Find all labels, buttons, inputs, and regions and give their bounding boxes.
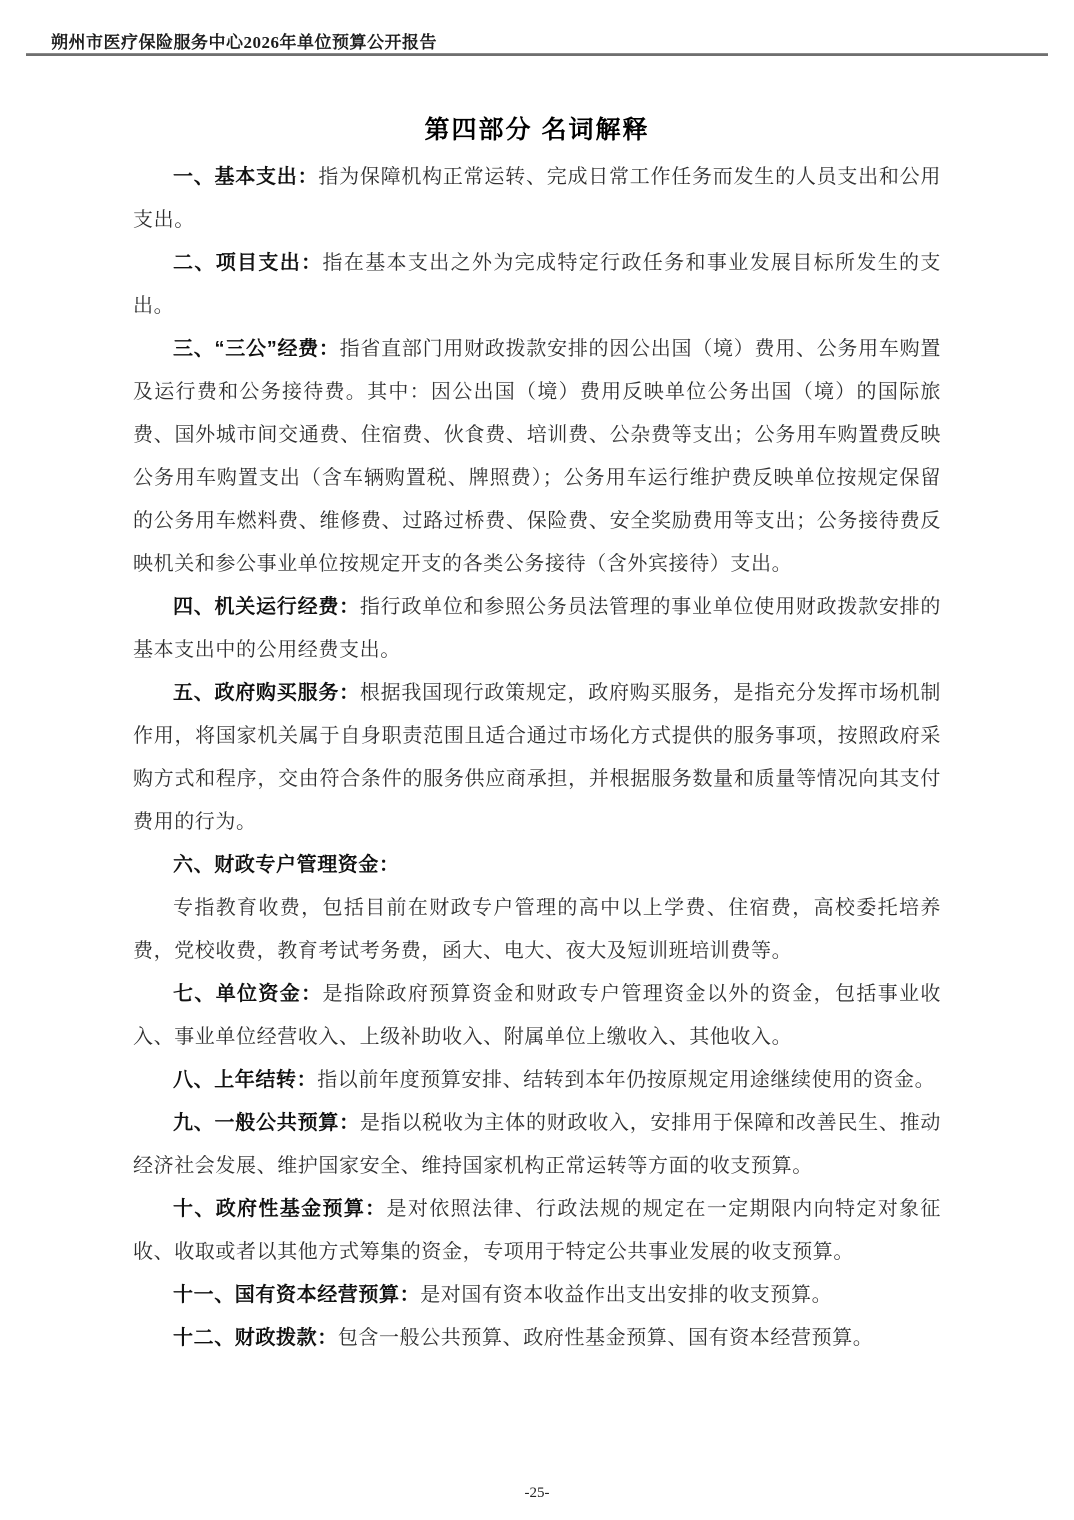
term-label: 十二、财政拨款：	[173, 1327, 338, 1349]
term-label: 七、单位资金：	[173, 983, 322, 1005]
term-label: 十一、国有资本经营预算：	[173, 1284, 420, 1306]
term-definition: 包含一般公共预算、政府性基金预算、国有资本经营预算。	[338, 1327, 874, 1349]
definition-paragraph: 十、政府性基金预算：是对依照法律、行政法规的规定在一定期限内向特定对象征收、收取…	[133, 1188, 941, 1274]
definition-paragraph: 六、财政专户管理资金：	[133, 844, 941, 887]
term-definition: 指以前年度预算安排、结转到本年仍按原规定用途继续使用的资金。	[317, 1069, 935, 1091]
term-label: 九、一般公共预算：	[173, 1112, 360, 1134]
term-label: 十、政府性基金预算：	[173, 1198, 387, 1220]
definition-paragraph: 一、基本支出：指为保障机构正常运转、完成日常工作任务而发生的人员支出和公用支出。	[133, 156, 941, 242]
definition-paragraph: 八、上年结转：指以前年度预算安排、结转到本年仍按原规定用途继续使用的资金。	[133, 1059, 941, 1102]
section-title: 第四部分 名词解释	[0, 110, 1074, 146]
definition-paragraph: 十二、财政拨款：包含一般公共预算、政府性基金预算、国有资本经营预算。	[133, 1317, 941, 1360]
page-number: -25-	[0, 1485, 1074, 1502]
term-definition: 根据我国现行政策规定，政府购买服务，是指充分发挥市场机制作用，将国家机关属于自身…	[133, 682, 941, 833]
term-definition: 指省直部门用财政拨款安排的因公出国（境）费用、公务用车购置及运行费和公务接待费。…	[133, 338, 941, 575]
term-label: 八、上年结转：	[173, 1069, 317, 1091]
term-label: 二、项目支出：	[173, 252, 322, 274]
term-label: 五、政府购买服务：	[173, 682, 360, 704]
definition-paragraph: 七、单位资金：是指除政府预算资金和财政专户管理资金以外的资金，包括事业收入、事业…	[133, 973, 941, 1059]
term-definition: 专指教育收费，包括目前在财政专户管理的高中以上学费、住宿费，高校委托培养费，党校…	[133, 897, 941, 962]
definition-paragraph: 专指教育收费，包括目前在财政专户管理的高中以上学费、住宿费，高校委托培养费，党校…	[133, 887, 941, 973]
document-header-title: 朔州市医疗保险服务中心2026年单位预算公开报告	[51, 28, 437, 53]
definition-paragraph: 三、“三公”经费：指省直部门用财政拨款安排的因公出国（境）费用、公务用车购置及运…	[133, 328, 941, 586]
term-label: 一、基本支出：	[173, 166, 318, 188]
document-page: 朔州市医疗保险服务中心2026年单位预算公开报告 第四部分 名词解释 一、基本支…	[0, 0, 1074, 1520]
glossary-content: 一、基本支出：指为保障机构正常运转、完成日常工作任务而发生的人员支出和公用支出。…	[133, 156, 941, 1360]
definition-paragraph: 十一、国有资本经营预算：是对国有资本收益作出支出安排的收支预算。	[133, 1274, 941, 1317]
term-label: 三、“三公”经费：	[173, 338, 340, 360]
header-divider	[26, 53, 1048, 56]
term-label: 六、财政专户管理资金：	[173, 854, 400, 876]
definition-paragraph: 五、政府购买服务：根据我国现行政策规定，政府购买服务，是指充分发挥市场机制作用，…	[133, 672, 941, 844]
definition-paragraph: 九、一般公共预算：是指以税收为主体的财政收入，安排用于保障和改善民生、推动经济社…	[133, 1102, 941, 1188]
definition-paragraph: 二、项目支出：指在基本支出之外为完成特定行政任务和事业发展目标所发生的支出。	[133, 242, 941, 328]
definition-paragraph: 四、机关运行经费：指行政单位和参照公务员法管理的事业单位使用财政拨款安排的基本支…	[133, 586, 941, 672]
term-label: 四、机关运行经费：	[173, 596, 360, 618]
term-definition: 是对国有资本收益作出支出安排的收支预算。	[420, 1284, 832, 1306]
